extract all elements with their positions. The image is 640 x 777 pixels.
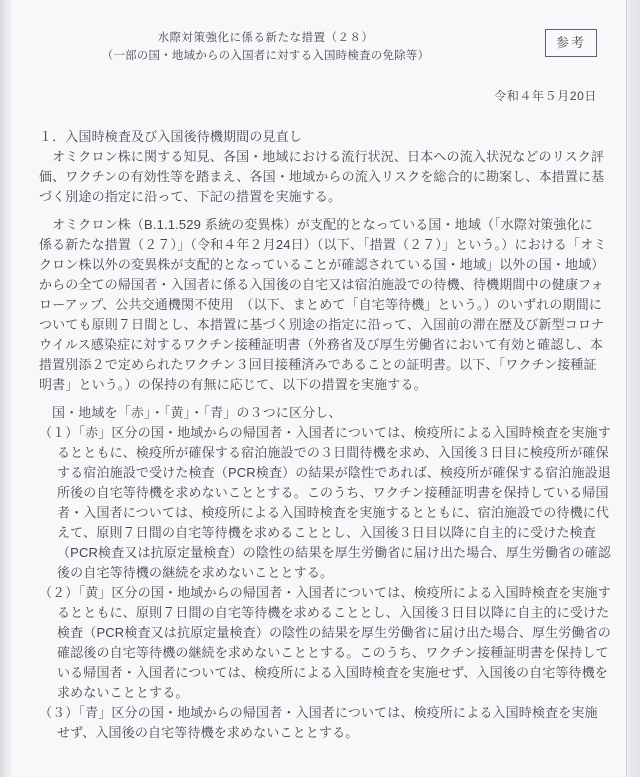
- document-content: 水際対策強化に係る新たな措置（２８） （一部の国・地域からの入国者に対する入国時…: [13, 0, 627, 777]
- photo-right-edge: [626, 0, 640, 777]
- classification-intro-line: 国・地域を「赤」・「黄」・「青」の３つに区分し、: [39, 403, 619, 423]
- document-body: １．入国時検査及び入国後待機期間の見直し オミクロン株に関する知見、各国・地域に…: [39, 126, 619, 743]
- document-date: 令和４年５月20日: [494, 87, 597, 104]
- item-red-category: （１）「赤」区分の国・地域からの帰国者・入国者については、検疫所による入国時検査…: [39, 423, 619, 583]
- section-1-heading: １．入国時検査及び入国後待機期間の見直し: [39, 126, 619, 147]
- document-page: 水際対策強化に係る新たな措置（２８） （一部の国・地域からの入国者に対する入国時…: [0, 0, 640, 777]
- paragraph-risk-assessment: オミクロン株に関する知見、各国・地域における流行状況、日本への流入状況などのリス…: [39, 147, 619, 207]
- item-yellow-category: （２）「黄」区分の国・地域からの帰国者・入国者については、検疫所による入国時検査…: [39, 583, 619, 703]
- document-subtitle: （一部の国・地域からの入国者に対する入国時検査の免除等）: [13, 48, 518, 65]
- document-title-block: 水際対策強化に係る新たな措置（２８） （一部の国・地域からの入国者に対する入国時…: [13, 28, 518, 65]
- document-title: 水際対策強化に係る新たな措置（２８）: [13, 28, 518, 48]
- paragraph-omicron-measures: オミクロン株（B.1.1.529 系統の変異株）が支配的となっている国・地域（「…: [39, 215, 619, 395]
- reference-label: 参考: [556, 35, 586, 50]
- reference-badge: 参考: [545, 29, 597, 57]
- item-blue-category: （３）「青」区分の国・地域からの帰国者・入国者については、検疫所による入国時検査…: [39, 703, 619, 743]
- photo-left-edge: [0, 0, 13, 777]
